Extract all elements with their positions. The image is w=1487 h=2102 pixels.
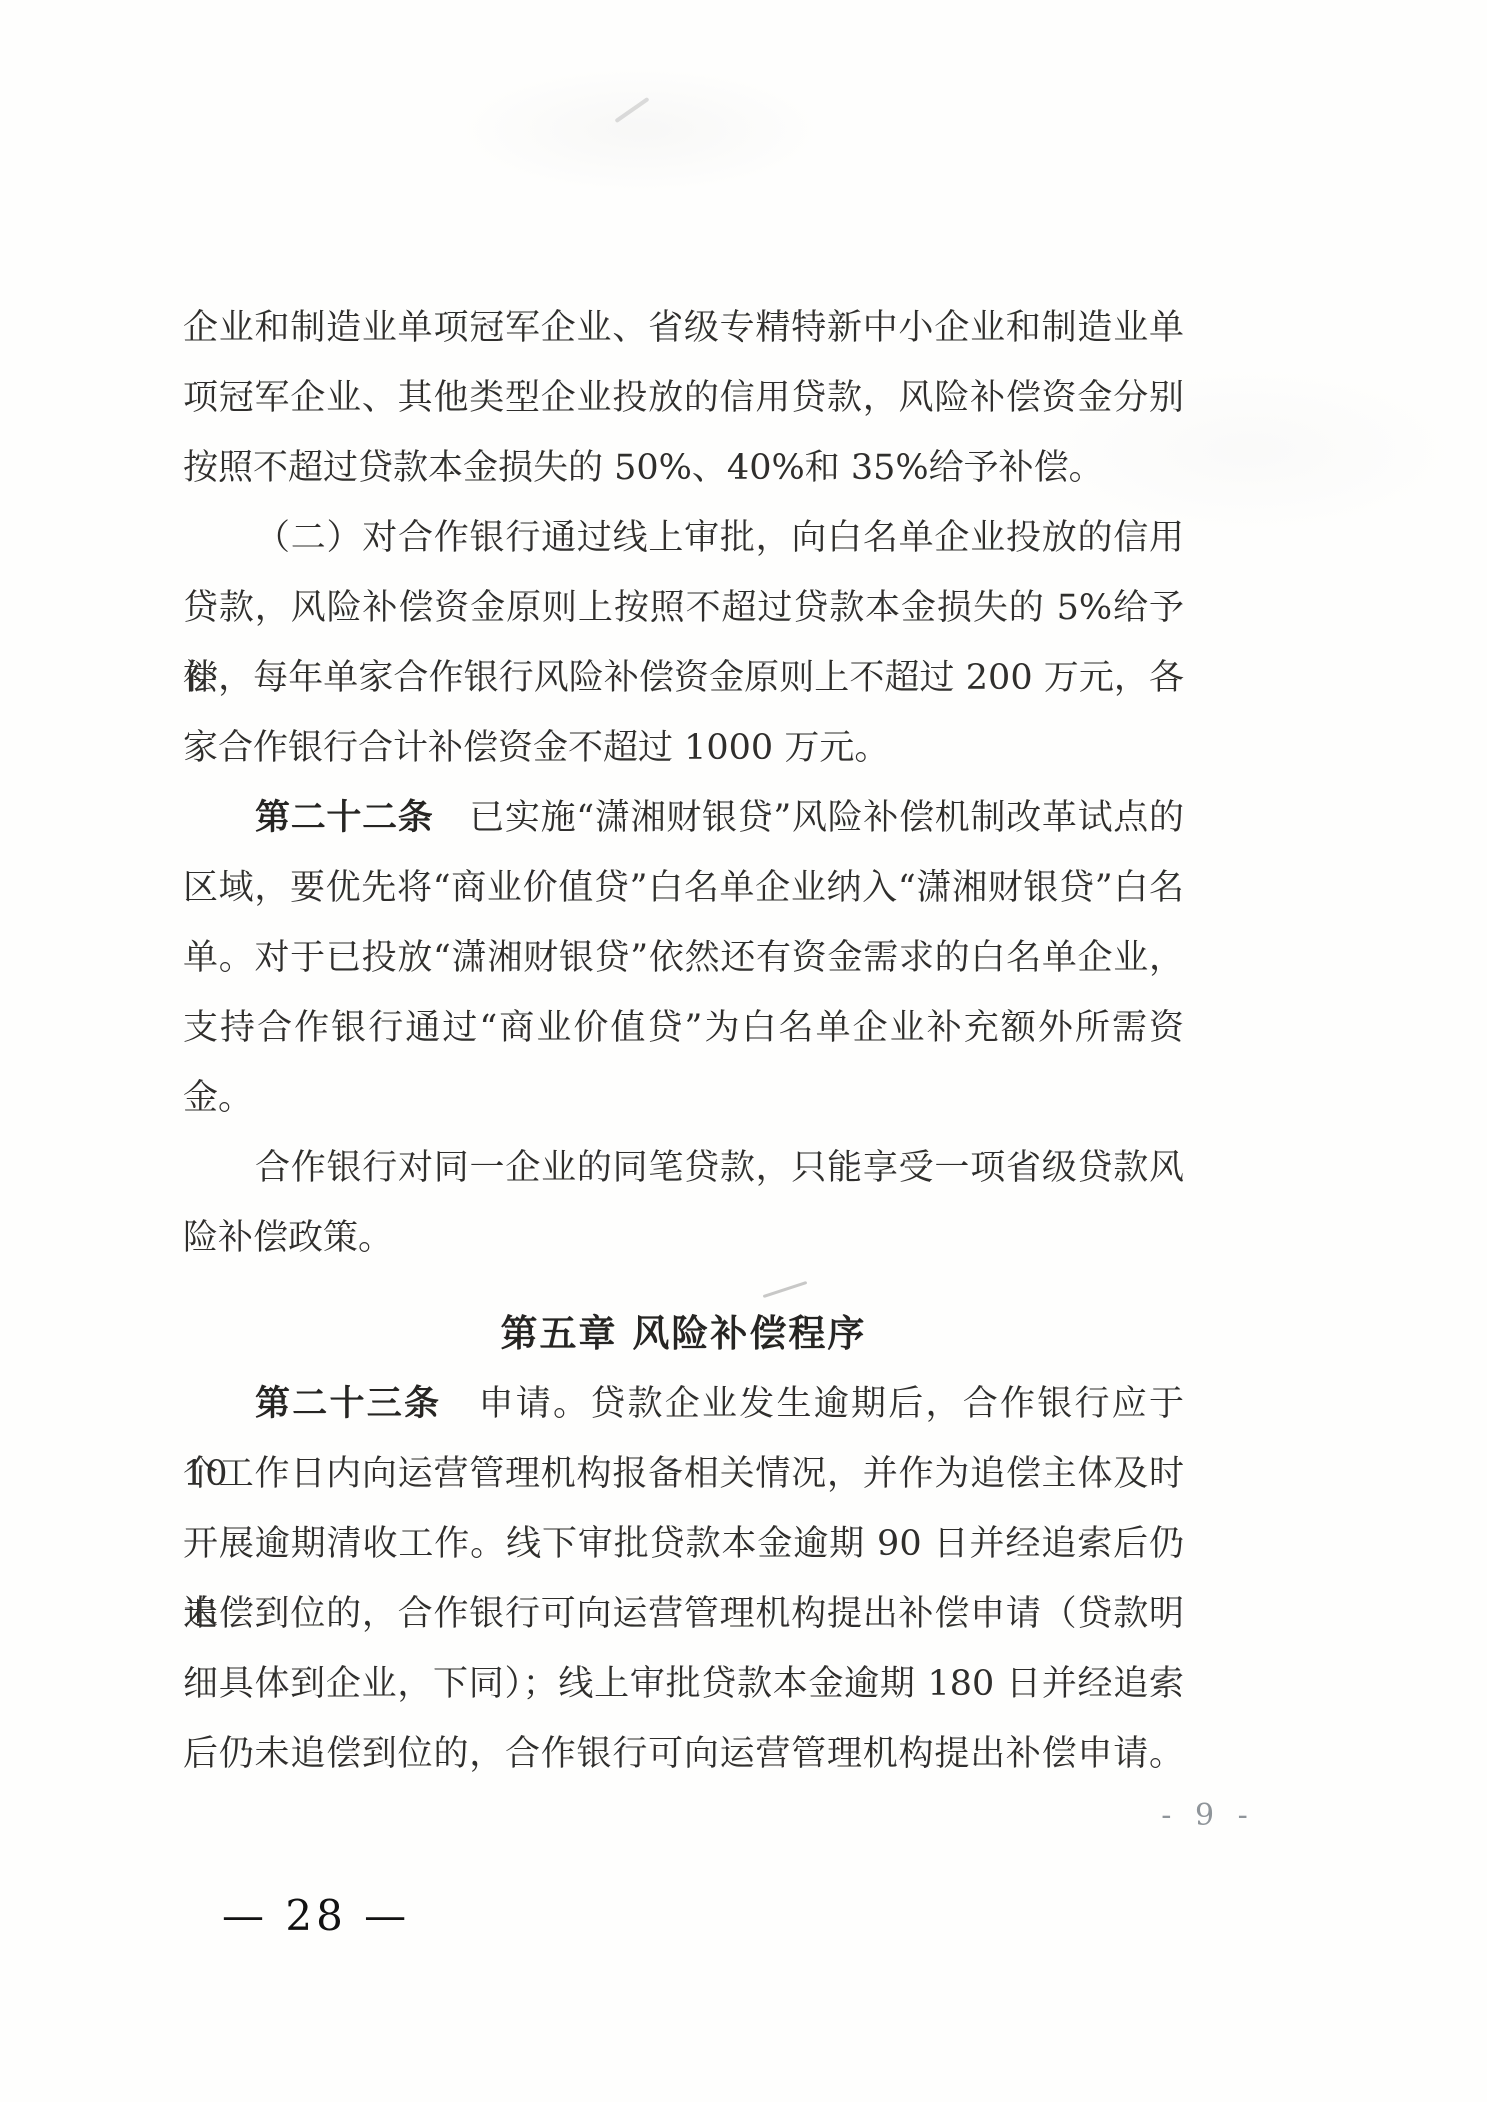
text-line: 险补偿政策。 <box>183 1203 1184 1273</box>
footer-page-number: — 28 — <box>222 1890 410 1942</box>
text-run: 追偿到位的，合作银行可向运营管理机构提出补偿申请（贷款明 <box>183 1594 1184 1634</box>
text-line: （二）对合作银行通过线上审批，向白名单企业投放的信用 <box>183 503 1184 573</box>
text-run: 偿，每年单家合作银行风险补偿资金原则上不超过 200 万元，各 <box>183 658 1184 698</box>
text-line: 区域，要优先将“商业价值贷”白名单企业纳入“潇湘财银贷”白名 <box>183 853 1184 923</box>
text-line: 企业和制造业单项冠军企业、省级专精特新中小企业和制造业单 <box>183 293 1184 363</box>
text-line: 个工作日内向运营管理机构报备相关情况，并作为追偿主体及时 <box>183 1439 1184 1509</box>
text-line: 金。 <box>183 1063 1184 1133</box>
text-run: 后仍未追偿到位的，合作银行可向运营管理机构提出补偿申请。 <box>183 1734 1184 1774</box>
scanned-document-page: 企业和制造业单项冠军企业、省级专精特新中小企业和制造业单项冠军企业、其他类型企业… <box>0 0 1487 2102</box>
text-line: 单。对于已投放“潇湘财银贷”依然还有资金需求的白名单企业， <box>183 923 1184 993</box>
text-run: 单。对于已投放“潇湘财银贷”依然还有资金需求的白名单企业， <box>183 938 1184 978</box>
text-run: 企业和制造业单项冠军企业、省级专精特新中小企业和制造业单 <box>183 308 1184 348</box>
text-run: 按照不超过贷款本金损失的 50%、40%和 35%给予补偿。 <box>183 448 1104 488</box>
text-line: 追偿到位的，合作银行可向运营管理机构提出补偿申请（贷款明 <box>183 1579 1184 1649</box>
text-block: 企业和制造业单项冠军企业、省级专精特新中小企业和制造业单项冠军企业、其他类型企业… <box>183 293 1184 1789</box>
chapter-heading: 第五章 风险补偿程序 <box>183 1299 1184 1369</box>
text-run: 细具体到企业，下同）；线上审批贷款本金逾期 180 日并经追索 <box>183 1664 1184 1704</box>
text-run: 金。 <box>183 1078 253 1118</box>
text-run: 已实施“潇湘财银贷”风险补偿机制改革试点的 <box>434 798 1184 838</box>
scan-artifact <box>614 97 649 123</box>
text-line: 第二十二条 已实施“潇湘财银贷”风险补偿机制改革试点的 <box>183 783 1184 853</box>
paragraph: 第二十三条 申请。贷款企业发生逾期后，合作银行应于 10个工作日内向运营管理机构… <box>183 1369 1184 1789</box>
paragraph: （二）对合作银行通过线上审批，向白名单企业投放的信用贷款，风险补偿资金原则上按照… <box>183 503 1184 783</box>
text-line: 第二十三条 申请。贷款企业发生逾期后，合作银行应于 10 <box>183 1369 1184 1439</box>
text-run: （二）对合作银行通过线上审批，向白名单企业投放的信用 <box>255 518 1184 558</box>
text-run: 支持合作银行通过“商业价值贷”为白名单企业补充额外所需资 <box>183 1008 1184 1048</box>
scan-page-number: - 9 - <box>1128 1796 1288 1836</box>
article-number: 第二十二条 <box>255 798 434 838</box>
text-line: 偿，每年单家合作银行风险补偿资金原则上不超过 200 万元，各 <box>183 643 1184 713</box>
text-run: 个工作日内向运营管理机构报备相关情况，并作为追偿主体及时 <box>183 1454 1184 1494</box>
text-run: 险补偿政策。 <box>183 1218 393 1258</box>
text-line: 合作银行对同一企业的同笔贷款，只能享受一项省级贷款风 <box>183 1133 1184 1203</box>
paragraph: 合作银行对同一企业的同笔贷款，只能享受一项省级贷款风险补偿政策。 <box>183 1133 1184 1273</box>
text-line: 支持合作银行通过“商业价值贷”为白名单企业补充额外所需资 <box>183 993 1184 1063</box>
text-run: 项冠军企业、其他类型企业投放的信用贷款，风险补偿资金分别 <box>183 378 1184 418</box>
text-run: 合作银行对同一企业的同笔贷款，只能享受一项省级贷款风 <box>255 1148 1184 1188</box>
text-line: 按照不超过贷款本金损失的 50%、40%和 35%给予补偿。 <box>183 433 1184 503</box>
paragraph: 第二十二条 已实施“潇湘财银贷”风险补偿机制改革试点的区域，要优先将“商业价值贷… <box>183 783 1184 1133</box>
text-run: 区域，要优先将“商业价值贷”白名单企业纳入“潇湘财银贷”白名 <box>183 868 1184 908</box>
article-number: 第二十三条 <box>255 1384 441 1424</box>
paragraph: 企业和制造业单项冠军企业、省级专精特新中小企业和制造业单项冠军企业、其他类型企业… <box>183 293 1184 503</box>
text-run: 家合作银行合计补偿资金不超过 1000 万元。 <box>183 728 889 768</box>
text-line: 开展逾期清收工作。线下审批贷款本金逾期 90 日并经追索后仍未 <box>183 1509 1184 1579</box>
text-line: 家合作银行合计补偿资金不超过 1000 万元。 <box>183 713 1184 783</box>
text-line: 贷款，风险补偿资金原则上按照不超过贷款本金损失的 5%给予补 <box>183 573 1184 643</box>
text-line: 项冠军企业、其他类型企业投放的信用贷款，风险补偿资金分别 <box>183 363 1184 433</box>
text-line: 细具体到企业，下同）；线上审批贷款本金逾期 180 日并经追索 <box>183 1649 1184 1719</box>
text-line: 后仍未追偿到位的，合作银行可向运营管理机构提出补偿申请。 <box>183 1719 1184 1789</box>
